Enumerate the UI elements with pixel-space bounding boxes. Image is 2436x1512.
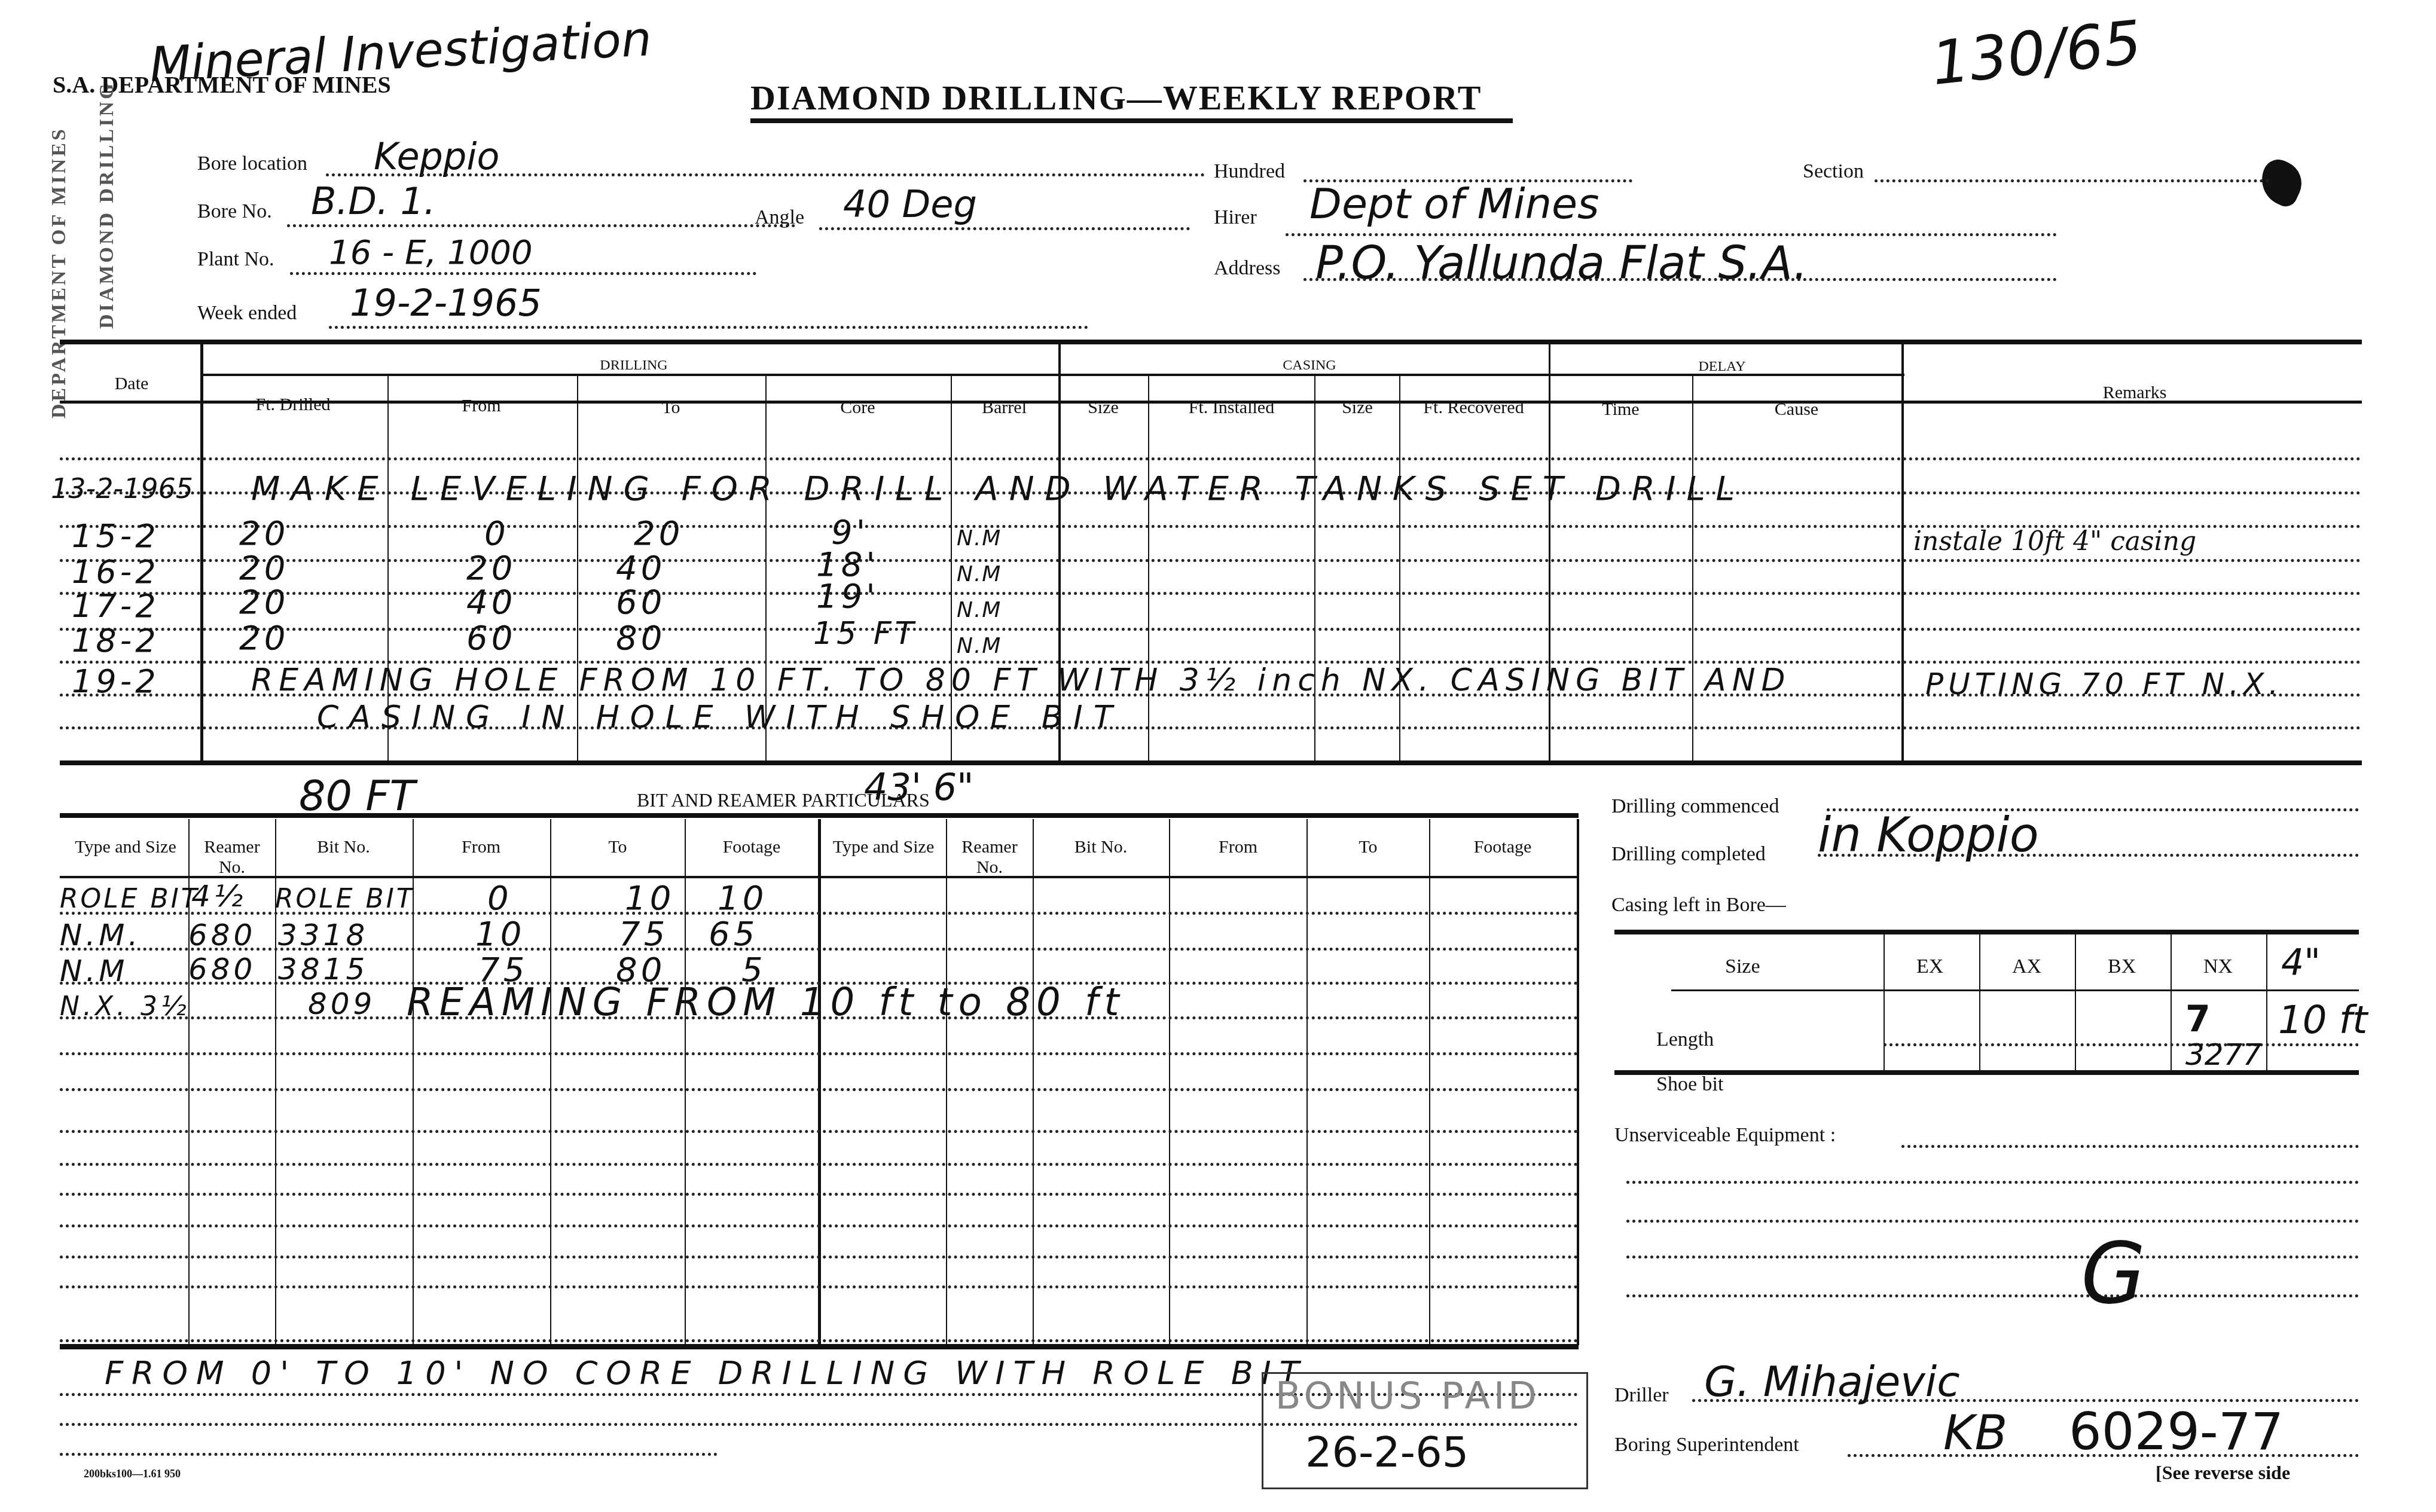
row-rule xyxy=(60,559,2362,562)
plant-no-line xyxy=(290,272,756,275)
bore-no-label: Bore No. xyxy=(197,200,272,223)
shoe-bit-nx[interactable]: 3277 xyxy=(2185,1037,2261,1072)
casing-size-nx: NX xyxy=(2203,955,2233,978)
address-value[interactable]: P.O. Yallunda Flat S.A. xyxy=(1315,236,1808,289)
stamp-date: 26-2-65 xyxy=(1305,1428,1469,1477)
row-to[interactable]: 40 xyxy=(616,549,666,588)
col-header-core: Core xyxy=(767,398,949,418)
length-line xyxy=(1884,1043,2359,1046)
row-date[interactable]: 17-2 xyxy=(72,587,160,625)
casing-size-ax: AX xyxy=(2012,955,2041,978)
bit-reamer[interactable]: 680 xyxy=(188,952,256,986)
length-nx[interactable]: 7 xyxy=(2185,998,2211,1040)
unserviceable-label: Unserviceable Equipment : xyxy=(1614,1124,1836,1147)
col-rule xyxy=(1306,819,1308,1345)
bit-note-row[interactable]: FROM 0' TO 10' NO CORE DRILLING WITH ROL… xyxy=(105,1354,1308,1392)
bit-footage[interactable]: 65 xyxy=(709,915,758,954)
row-date[interactable]: 18-2 xyxy=(72,622,160,659)
col-rule xyxy=(1033,819,1034,1345)
col-header-recovered-size: Size xyxy=(1315,398,1399,418)
stamp-text: BONUS PAID xyxy=(1275,1374,1540,1418)
col-rule xyxy=(550,819,551,1345)
bit-col-bit-no: Bit No. xyxy=(276,837,411,857)
col-rule xyxy=(1901,340,1904,764)
row-barrel[interactable]: N.M xyxy=(957,598,1002,622)
bit-col-footage: Footage xyxy=(686,837,817,857)
casing-size-ex: EX xyxy=(1916,955,1943,978)
boring-superintendent-line xyxy=(1848,1454,2359,1457)
row-note[interactable]: MAKE LEVELING FOR DRILL AND WATER TANKS … xyxy=(251,469,1745,508)
col-rule xyxy=(1399,375,1400,764)
row-rule xyxy=(60,1130,1579,1133)
row-core[interactable]: 15 FT xyxy=(813,616,917,652)
col-rule xyxy=(818,819,821,1345)
boring-superintendent-sig[interactable]: KB xyxy=(1943,1405,2007,1461)
col-rule xyxy=(1884,934,1885,1070)
bit-col-reamer-no: Reamer No. xyxy=(190,837,274,878)
file-reference: 130/65 xyxy=(1928,7,2145,99)
week-ended-value[interactable]: 19-2-1965 xyxy=(350,281,542,325)
margin-text-outer: DEPARTMENT OF MINES xyxy=(48,108,71,419)
address-line xyxy=(1304,278,2057,281)
ink-blot xyxy=(2253,154,2309,210)
bit-to[interactable]: 10 xyxy=(625,879,674,918)
row-rule xyxy=(60,1088,1579,1091)
row-rule xyxy=(60,1224,1579,1227)
row-rule xyxy=(60,1453,718,1456)
bit-type[interactable]: ROLE BIT xyxy=(60,884,200,914)
bit-col-type-size-2: Type and Size xyxy=(822,837,945,857)
bit-col-footage-2: Footage xyxy=(1431,837,1574,857)
bit-from[interactable]: 0 xyxy=(487,879,512,918)
row-barrel[interactable]: N.M xyxy=(957,562,1002,587)
row-to[interactable]: 20 xyxy=(634,514,683,553)
driller-label: Driller xyxy=(1614,1384,1669,1407)
group-header-drilling: DRILLING xyxy=(574,358,694,374)
row-from[interactable]: 40 xyxy=(466,583,516,622)
bit-col-reamer-no-2: Reamer No. xyxy=(948,837,1031,878)
margin-text-inner: DIAMOND DRILLING xyxy=(96,126,118,329)
casing-size-label: Size xyxy=(1725,955,1760,978)
bit-col-from: From xyxy=(414,837,548,857)
bit-col-from-2: From xyxy=(1171,837,1305,857)
bore-no-line xyxy=(287,224,795,227)
col-rule xyxy=(1577,819,1579,1345)
casing-size-bx: BX xyxy=(2108,955,2136,978)
bore-location-value[interactable]: Keppio xyxy=(374,135,499,178)
col-header-ft-recovered: Ft. Recovered xyxy=(1400,398,1547,418)
angle-line xyxy=(819,227,1190,230)
length-4in[interactable]: 10 ft xyxy=(2278,998,2367,1043)
row-rule xyxy=(60,457,2362,460)
col-header-date: Date xyxy=(72,374,191,394)
hirer-label: Hirer xyxy=(1214,206,1257,229)
casing-table-top xyxy=(1614,930,2359,934)
subgroup-rule xyxy=(200,374,1904,376)
bore-location-label: Bore location xyxy=(197,152,307,175)
row-date[interactable]: 19-2 xyxy=(72,662,160,700)
row-ft-drilled[interactable]: 20 xyxy=(239,619,289,658)
col-header-barrel: Barrel xyxy=(952,398,1057,418)
row-ft-drilled[interactable]: 20 xyxy=(239,549,289,588)
col-header-to: To xyxy=(578,398,764,418)
row-to[interactable]: 60 xyxy=(616,583,666,622)
title-underline xyxy=(750,118,1513,123)
bonus-paid-stamp: BONUS PAID 26-2-65 xyxy=(1262,1372,1588,1489)
see-reverse: [See reverse side xyxy=(2156,1462,2290,1484)
bit-type[interactable]: N.M xyxy=(60,954,128,988)
row-barrel[interactable]: N.M xyxy=(957,526,1002,551)
drilling-commenced-label: Drilling commenced xyxy=(1611,795,1779,818)
shoe-bit-label: Shoe bit xyxy=(1656,1073,1723,1096)
casing-left-label: Casing left in Bore— xyxy=(1611,894,1786,917)
initials: G xyxy=(2081,1226,2146,1323)
boring-superintendent-label: Boring Superintendent xyxy=(1614,1434,1799,1456)
week-ended-label: Week ended xyxy=(197,302,297,325)
bit-to[interactable]: 75 xyxy=(619,915,668,954)
row-ft-drilled[interactable]: 20 xyxy=(239,514,289,553)
section-label: Section xyxy=(1803,160,1864,183)
row-rule xyxy=(60,1285,1579,1288)
unserviceable-line xyxy=(1901,1145,2359,1148)
row-date[interactable]: 13-2-1965 xyxy=(51,472,193,505)
row-from[interactable]: 0 xyxy=(484,514,509,553)
casing-header-rule xyxy=(1671,989,2359,991)
bit-from[interactable]: 10 xyxy=(475,915,525,954)
bit-footage[interactable]: 10 xyxy=(718,879,767,918)
bit-col-type-size: Type and Size xyxy=(66,837,185,857)
bit-no[interactable]: 3815 xyxy=(278,952,368,986)
row-remarks[interactable]: instale 10ft 4" casing xyxy=(1913,526,2196,557)
bore-no-value[interactable]: B.D. 1. xyxy=(311,179,436,223)
col-rule xyxy=(1429,819,1430,1345)
week-ended-line xyxy=(329,326,1088,329)
col-rule xyxy=(685,819,686,1345)
drilling-completed-label: Drilling completed xyxy=(1611,843,1766,866)
col-header-from: From xyxy=(389,396,574,416)
row-rule xyxy=(60,592,2362,595)
row-rule xyxy=(60,1256,1579,1259)
col-rule xyxy=(1314,375,1315,764)
row-note[interactable]: REAMING HOLE FROM 10 FT. TO 80 FT WITH 3… xyxy=(251,662,1791,698)
col-rule xyxy=(2266,934,2267,1070)
address-label: Address xyxy=(1214,257,1280,280)
bit-no[interactable]: ROLE BIT xyxy=(275,884,415,914)
bit-reamer[interactable]: 4½ xyxy=(191,879,246,914)
angle-label: Angle xyxy=(755,206,804,229)
row-date[interactable]: 15-2 xyxy=(72,517,160,555)
col-header-delay-time: Time xyxy=(1550,399,1691,420)
row-remarks[interactable]: PUTING 70 FT N.X. xyxy=(1925,667,2283,701)
col-rule xyxy=(1148,375,1149,764)
bit-type[interactable]: N.X. 3½ xyxy=(60,991,190,1022)
bit-note[interactable]: REAMING FROM 10 ft to 80 ft xyxy=(407,980,1125,1025)
page-title: DIAMOND DRILLING—WEEKLY REPORT xyxy=(750,78,1482,118)
bit-col-to-2: To xyxy=(1308,837,1428,857)
row-rule xyxy=(60,628,2362,631)
bit-table-top-rule xyxy=(60,813,1579,818)
col-header-ft-installed: Ft. Installed xyxy=(1149,398,1314,418)
row-rule xyxy=(60,1163,1579,1166)
col-rule xyxy=(946,819,947,1345)
bit-no[interactable]: 3318 xyxy=(278,918,368,952)
row-rule xyxy=(60,1052,1579,1055)
col-header-delay-cause: Cause xyxy=(1693,399,1900,420)
row-ft-drilled[interactable]: 20 xyxy=(239,583,289,622)
row-rule xyxy=(60,1339,1579,1342)
bit-no[interactable]: 809 xyxy=(308,986,376,1021)
hirer-value[interactable]: Dept of Mines xyxy=(1309,179,1599,228)
bit-col-to: To xyxy=(551,837,684,857)
row-from[interactable]: 60 xyxy=(466,619,516,658)
print-code: 200bks100—1.61 950 xyxy=(84,1468,181,1480)
bit-reamer[interactable]: 680 xyxy=(188,918,256,952)
row-rule xyxy=(60,1193,1579,1196)
unserviceable-line xyxy=(1626,1220,2359,1223)
bit-col-bit-no-2: Bit No. xyxy=(1034,837,1167,857)
length-label: Length xyxy=(1656,1028,1714,1051)
col-rule xyxy=(1169,819,1170,1345)
col-rule xyxy=(1692,375,1693,764)
row-from[interactable]: 20 xyxy=(466,549,516,588)
col-rule xyxy=(2171,934,2172,1070)
col-rule xyxy=(2075,934,2076,1070)
col-rule xyxy=(1979,934,1980,1070)
col-header-casing-size: Size xyxy=(1061,398,1145,418)
section-line xyxy=(1875,179,2269,182)
row-core[interactable]: 19' xyxy=(816,577,879,616)
group-header-casing: CASING xyxy=(1250,358,1369,374)
boring-superintendent-ref: 6029-77 xyxy=(2069,1402,2284,1462)
bore-location-line xyxy=(326,173,1205,176)
table-bottom-rule xyxy=(60,760,2362,765)
col-header-remarks: Remarks xyxy=(1904,383,2365,403)
unserviceable-line xyxy=(1626,1294,2359,1297)
plant-no-label: Plant No. xyxy=(197,248,274,271)
table-top-rule xyxy=(60,340,2362,344)
drilling-completed-line xyxy=(1818,854,2359,857)
bit-reamer-note[interactable]: 43' 6" xyxy=(864,765,974,809)
casing-size-4in[interactable]: 4" xyxy=(2281,942,2321,983)
row-date[interactable]: 16-2 xyxy=(72,553,160,591)
row-to[interactable]: 80 xyxy=(616,619,666,658)
col-header-ft-drilled: Ft. Drilled xyxy=(203,395,383,415)
plant-no-value[interactable]: 16 - E, 1000 xyxy=(329,233,533,272)
hundred-label: Hundred xyxy=(1214,160,1285,183)
unserviceable-line xyxy=(1626,1256,2359,1259)
angle-value[interactable]: 40 Deg xyxy=(843,182,977,226)
group-header-delay: DELAY xyxy=(1662,359,1782,375)
row-barrel[interactable]: N.M xyxy=(957,634,1002,658)
bit-type[interactable]: N.M. xyxy=(60,918,141,952)
unserviceable-line xyxy=(1626,1181,2359,1184)
row-note[interactable]: CASING IN HOLE WITH SHOE BIT xyxy=(317,700,1123,735)
